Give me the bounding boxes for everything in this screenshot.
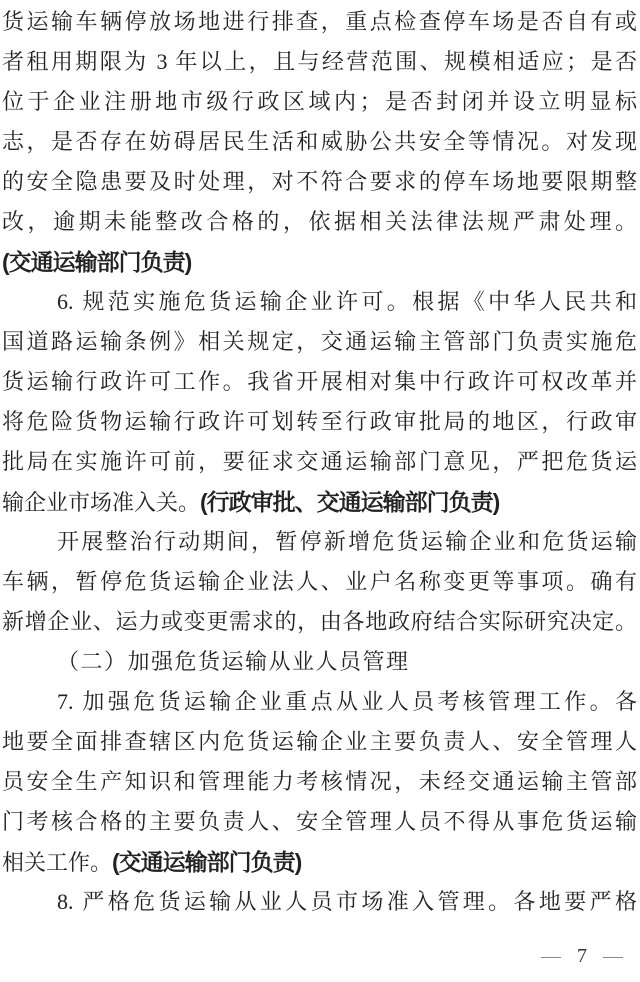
text-line: 将危险货物运输行政许可划转至行政审批局的地区，行政审: [2, 402, 637, 442]
text-line: 者租用期限为 3 年以上，且与经营范围、规模相适应；是否: [2, 42, 637, 82]
line-text: 8. 严格危货运输从业人员市场准入管理。各地要严格: [57, 889, 637, 914]
page-footer: —7—: [2, 936, 637, 976]
line-text: 开展整治行动期间，暂停新增危货运输企业和危货运输: [57, 529, 637, 554]
section-heading-line: （二）加强危货运输从业人员管理: [2, 642, 637, 682]
text-line: 国道路运输条例》相关规定，交通运输主管部门负责实施危: [2, 322, 637, 362]
line-text: 相关工作。: [2, 850, 112, 875]
responsibility-annotation: (行政审批、交通运输部门负责): [200, 489, 499, 515]
text-line: 货运输车辆停放场地进行排查，重点检查停车场是否自有或: [2, 2, 637, 42]
text-line: 新增企业、运力或变更需求的，由各地政府结合实际研究决定。: [2, 602, 637, 642]
line-text: 车辆，暂停危货运输企业法人、业户名称变更等事项。确有: [2, 569, 637, 594]
text-line: 位于企业注册地市级行政区域内；是否封闭并设立明显标: [2, 82, 637, 122]
text-line: 员安全生产知识和管理能力考核情况，未经交通运输主管部: [2, 762, 637, 802]
responsibility-annotation: (交通运输部门负责): [112, 849, 301, 875]
document-page: 货运输车辆停放场地进行排查，重点检查停车场是否自有或 者租用期限为 3 年以上，…: [0, 0, 640, 976]
line-text: 货运输车辆停放场地进行排查，重点检查停车场是否自有或: [2, 9, 637, 34]
text-line: 开展整治行动期间，暂停新增危货运输企业和危货运输: [2, 522, 637, 562]
line-text: 员安全生产知识和管理能力考核情况，未经交通运输主管部: [2, 769, 637, 794]
line-text: 7. 加强危货运输企业重点从业人员考核管理工作。各: [57, 689, 637, 714]
line-text: 改，逾期未能整改合格的，依据相关法律法规严肃处理。: [2, 209, 637, 234]
text-line: 改，逾期未能整改合格的，依据相关法律法规严肃处理。: [2, 202, 637, 242]
text-line: 8. 严格危货运输从业人员市场准入管理。各地要严格: [2, 882, 637, 922]
line-text: 门考核合格的主要负责人、安全管理人员不得从事危货运输: [2, 809, 637, 834]
text-line: 车辆，暂停危货运输企业法人、业户名称变更等事项。确有: [2, 562, 637, 602]
footer-left-dash: —: [541, 945, 561, 967]
line-text: 的安全隐患要及时处理，对不符合要求的停车场地要限期整: [2, 169, 637, 194]
text-line: 6. 规范实施危货运输企业许可。根据《中华人民共和: [2, 282, 637, 322]
line-text: 者租用期限为 3 年以上，且与经营范围、规模相适应；是否: [2, 49, 637, 74]
footer-right-dash: —: [603, 945, 623, 967]
line-text: 位于企业注册地市级行政区域内；是否封闭并设立明显标: [2, 89, 637, 114]
line-text: 新增企业、运力或变更需求的，由各地政府结合实际研究决定。: [2, 609, 637, 634]
responsibility-annotation: (交通运输部门负责): [2, 249, 191, 275]
page-number: 7: [577, 945, 587, 967]
section-heading: （二）加强危货运输从业人员管理: [57, 649, 410, 674]
text-line: 地要全面排查辖区内危货运输企业主要负责人、安全管理人: [2, 722, 637, 762]
line-text: 输企业市场准入关。: [2, 490, 200, 515]
text-line: 货运输行政许可工作。我省开展相对集中行政许可权改革并: [2, 362, 637, 402]
text-line: 输企业市场准入关。(行政审批、交通运输部门负责): [2, 482, 637, 522]
text-line: 批局在实施许可前，要征求交通运输部门意见，严把危货运: [2, 442, 637, 482]
text-line: 志，是否存在妨碍居民生活和威胁公共安全等情况。对发现: [2, 122, 637, 162]
line-text: 6. 规范实施危货运输企业许可。根据《中华人民共和: [57, 289, 637, 314]
text-line: 7. 加强危货运输企业重点从业人员考核管理工作。各: [2, 682, 637, 722]
line-text: 国道路运输条例》相关规定，交通运输主管部门负责实施危: [2, 329, 637, 354]
line-text: 志，是否存在妨碍居民生活和威胁公共安全等情况。对发现: [2, 129, 637, 154]
line-text: 批局在实施许可前，要征求交通运输部门意见，严把危货运: [2, 449, 637, 474]
text-line: (交通运输部门负责): [2, 242, 637, 282]
line-text: 地要全面排查辖区内危货运输企业主要负责人、安全管理人: [2, 729, 637, 754]
text-line: 的安全隐患要及时处理，对不符合要求的停车场地要限期整: [2, 162, 637, 202]
line-text: 货运输行政许可工作。我省开展相对集中行政许可权改革并: [2, 369, 637, 394]
text-line: 相关工作。(交通运输部门负责): [2, 842, 637, 882]
line-text: 将危险货物运输行政许可划转至行政审批局的地区，行政审: [2, 409, 637, 434]
text-line: 门考核合格的主要负责人、安全管理人员不得从事危货运输: [2, 802, 637, 842]
